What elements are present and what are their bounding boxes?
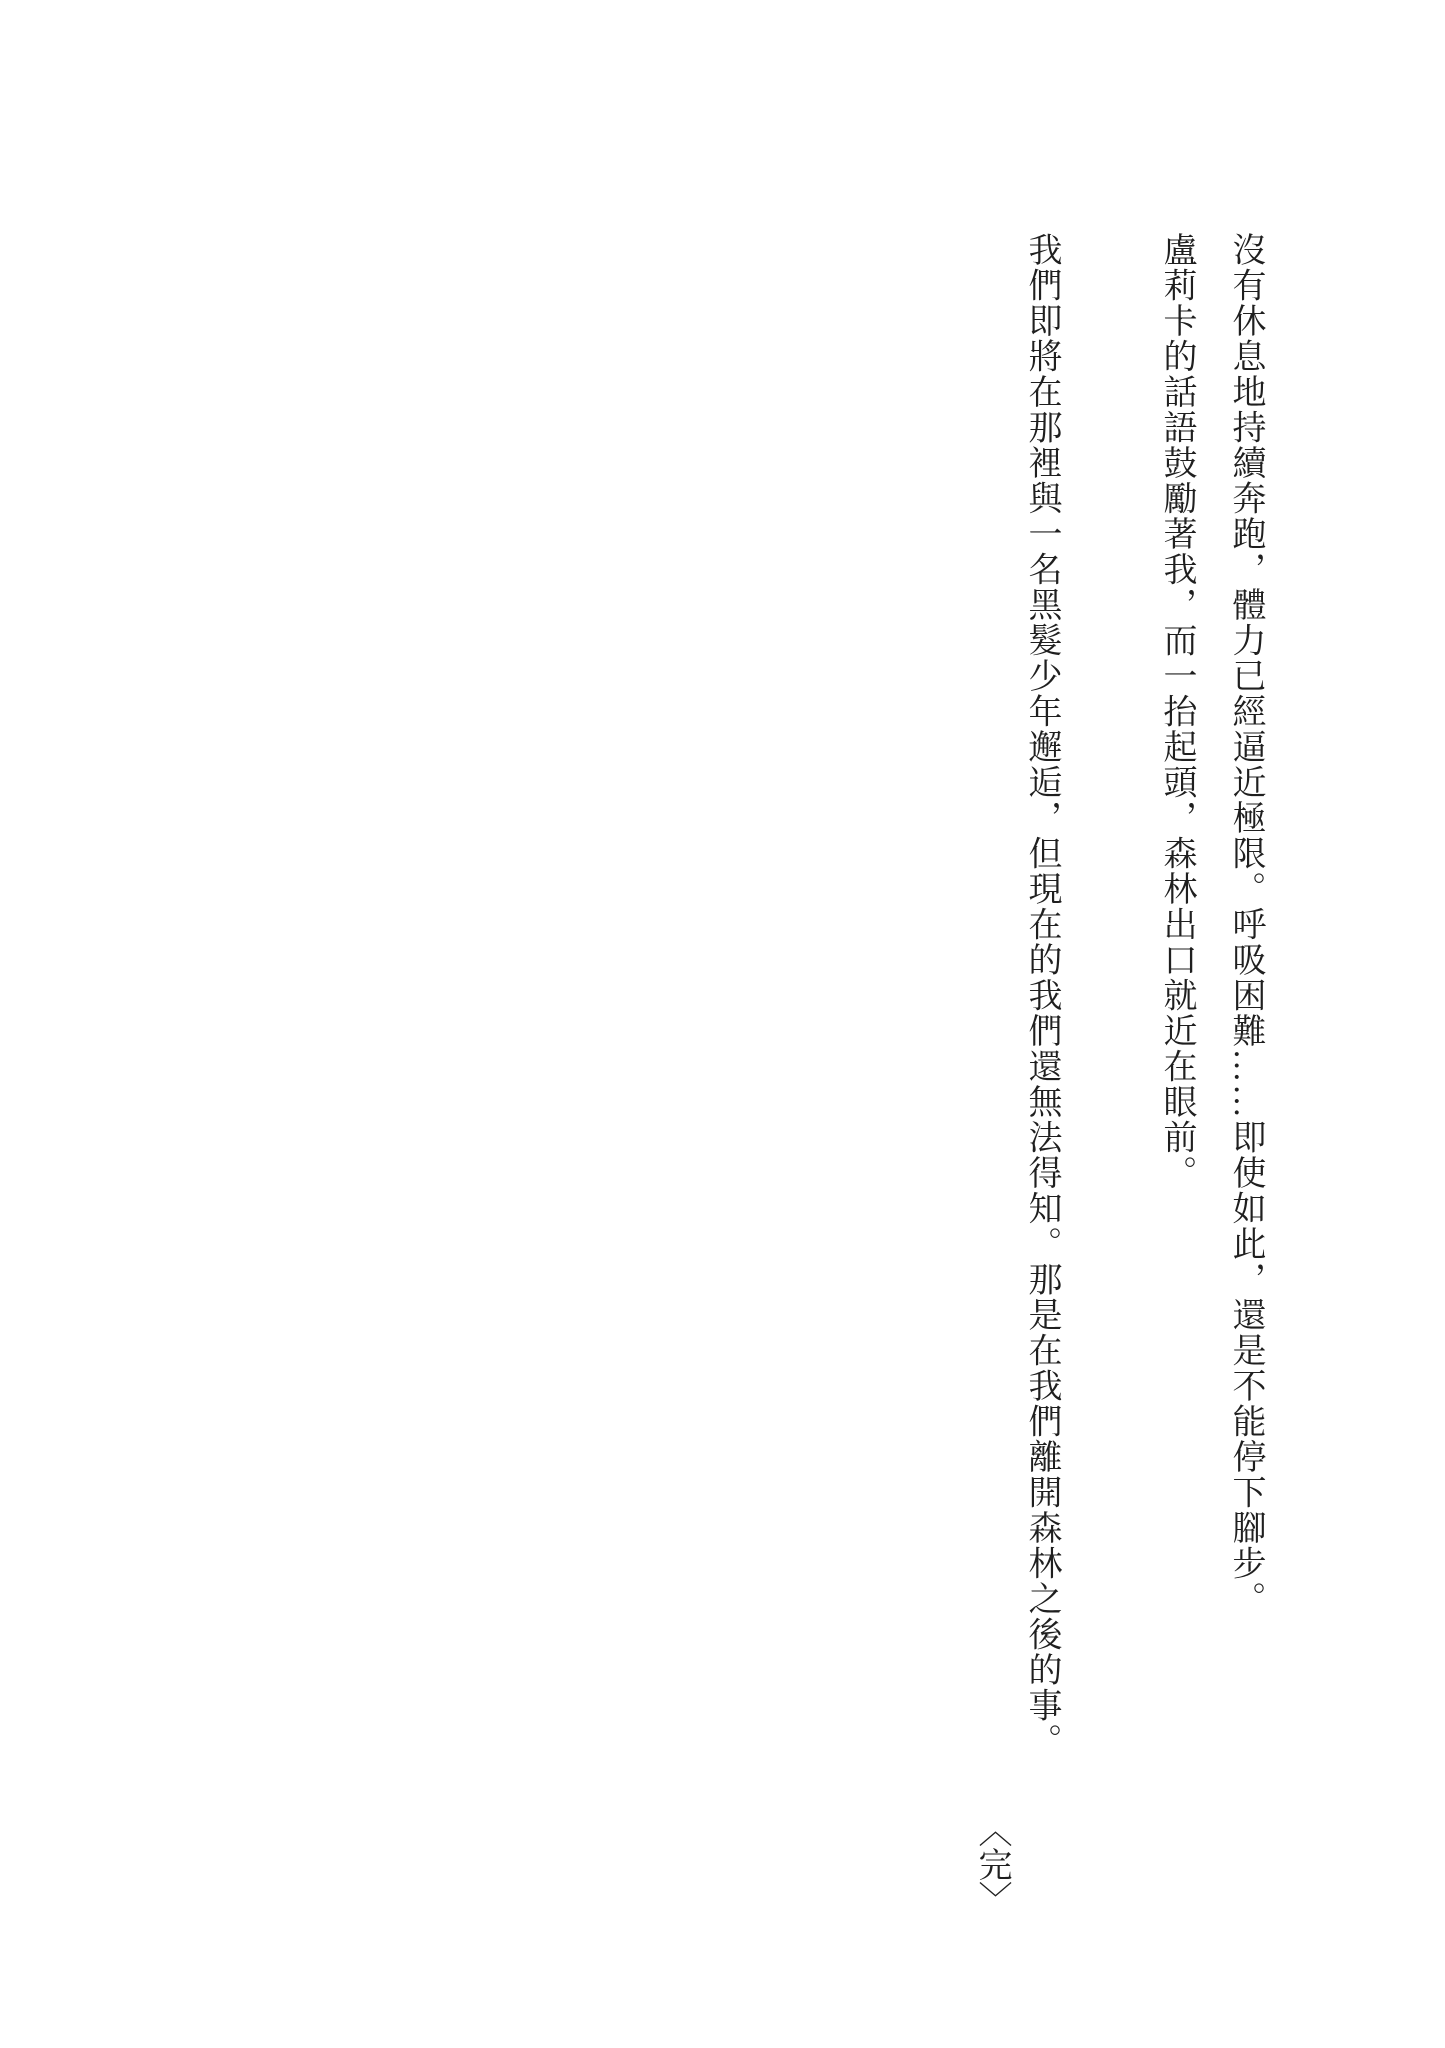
novel-paragraph-1: 沒有休息地持續奔跑，體力已經逼近極限。呼吸困難……即使如此，還是不能停下腳步。 [1211, 232, 1280, 1792]
novel-paragraph-3: 我們即將在那裡與一名黑髮少年邂逅，但現在的我們還無法得知。那是在我們離開森林之後… [1007, 232, 1076, 1792]
vertical-text-block: 沒有休息地持續奔跑，體力已經逼近極限。呼吸困難……即使如此，還是不能停下腳步。 … [1007, 232, 1280, 1792]
novel-paragraph-2: 盧莉卡的話語鼓勵著我，而一抬起頭，森林出口就近在眼前。 [1142, 232, 1211, 1792]
novel-page: 沒有休息地持續奔跑，體力已經逼近極限。呼吸困難……即使如此，還是不能停下腳步。 … [0, 0, 1445, 2048]
end-mark: 〈完〉 [971, 1813, 1011, 1915]
